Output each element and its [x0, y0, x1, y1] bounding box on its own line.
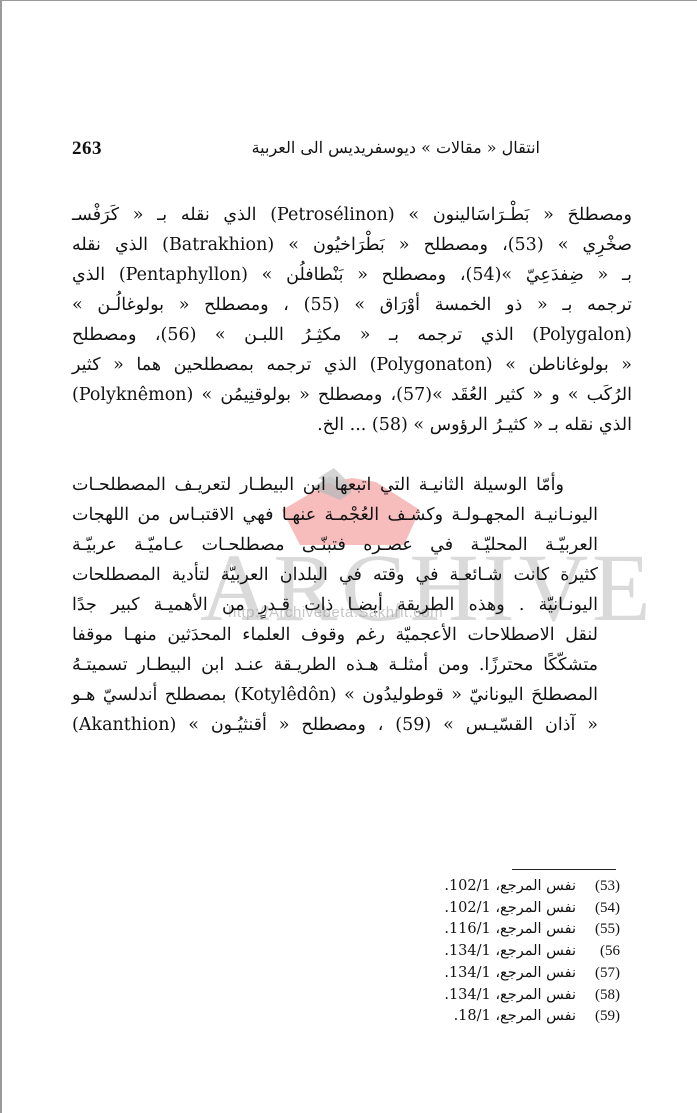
footnote-item: (55)نفس المرجع، 116/1. — [420, 919, 620, 941]
footnote-item: (57)نفس المرجع، 134/1. — [420, 963, 620, 985]
text-line: متشكّكًا محترزًا. ومن أمثلـة هـذه الطريـ… — [72, 650, 632, 680]
text-line: بـ « ضِفدَعِيّ »(54)، ومصطلح « بَنْطافلُ… — [72, 260, 632, 290]
footnote-text: نفس المرجع، 18/1. — [454, 1008, 576, 1024]
footnote-number: (55) — [576, 919, 620, 941]
footnote-item: (58)نفس المرجع، 134/1. — [420, 985, 620, 1007]
text-line: (Polygalon) الذي ترجمه بـ « مكثِـرُ اللب… — [72, 320, 632, 350]
text-line: الرُكَب » و « كثير العُقَد »(57)، ومصطلح… — [72, 380, 632, 410]
text-line: الذي نقله بـ « كثيـرُ الرؤوس » (58) ... … — [72, 410, 632, 440]
footnote-text: نفس المرجع، 116/1. — [444, 921, 576, 937]
footnote-text: نفس المرجع، 134/1. — [444, 987, 576, 1003]
footnote-number: (59) — [576, 1006, 620, 1028]
footnote-item: (54)نفس المرجع، 102/1. — [420, 898, 620, 920]
footnote-text: نفس المرجع، 134/1. — [444, 943, 576, 959]
running-header: 263 انتقال « مقالات » ديوسفريديس الى الع… — [72, 138, 632, 168]
text-line: صخْرِي » (53)، ومصطلح « بَطْرَاخيُون » (… — [72, 230, 632, 260]
running-title: انتقال « مقالات » ديوسفريديس الى العربية — [252, 138, 540, 157]
footnote-number: (54) — [576, 898, 620, 920]
footnote-text: نفس المرجع، 134/1. — [444, 965, 576, 981]
footnote-text: نفس المرجع، 102/1. — [444, 900, 576, 916]
text-line: كثيرة كانت شـائعـة في وقته في البلدان ال… — [72, 560, 632, 590]
footnote-item: (59)نفس المرجع، 18/1. — [420, 1006, 620, 1028]
text-line: اليونـانيـة المجهـولـة وكشـف العُجْمـة ع… — [72, 500, 632, 530]
text-line: العربيّـة المحليّـة في عصـره فتبنّـى مصط… — [72, 530, 632, 560]
text-line: ترجمه بـ « ذو الخمسة أوْرَاق » (55) ، وم… — [72, 290, 632, 320]
text-line: « بولوغاناطن » (Polygonaton) الذي ترجمه … — [72, 350, 632, 380]
footnote-text: نفس المرجع، 102/1. — [444, 878, 576, 894]
footnote-item: (53)نفس المرجع، 102/1. — [420, 876, 620, 898]
body-text: ومصطلحَ « بَطْـرَاسَالينون » (Petrosélin… — [72, 200, 632, 740]
text-line: اليونـانيّة . وهذه الطريقة أيضـا ذات قـد… — [72, 590, 632, 620]
paragraph-2: وأمّا الوسيلة الثانيـة التي اتبعها ابن ا… — [72, 470, 632, 740]
footnote-item: 56)نفس المرجع، 134/1. — [420, 941, 620, 963]
footnote-number: (58) — [576, 985, 620, 1007]
text-line: ومصطلحَ « بَطْـرَاسَالينون » (Petrosélin… — [72, 200, 632, 230]
text-line: لنقل الاصطلاحات الأعجميّة رغم وقوف العلم… — [72, 620, 632, 650]
footnote-number: (57) — [576, 963, 620, 985]
footnote-number: 56) — [576, 941, 620, 963]
text-line: « آذان القسّيـس » (59) ، ومصطلح « أقنثيُ… — [72, 710, 632, 740]
page-number: 263 — [72, 138, 102, 160]
footnotes: (53)نفس المرجع، 102/1. (54)نفس المرجع، 1… — [420, 876, 620, 1028]
footnote-number: (53) — [576, 876, 620, 898]
text-line: وأمّا الوسيلة الثانيـة التي اتبعها ابن ا… — [72, 470, 632, 500]
text-line: المصطلحَ اليونانيّ « قوطوليدُون » (Kotyl… — [72, 680, 632, 710]
footnote-divider — [512, 869, 616, 870]
paragraph-1: ومصطلحَ « بَطْـرَاسَالينون » (Petrosélin… — [72, 200, 632, 440]
